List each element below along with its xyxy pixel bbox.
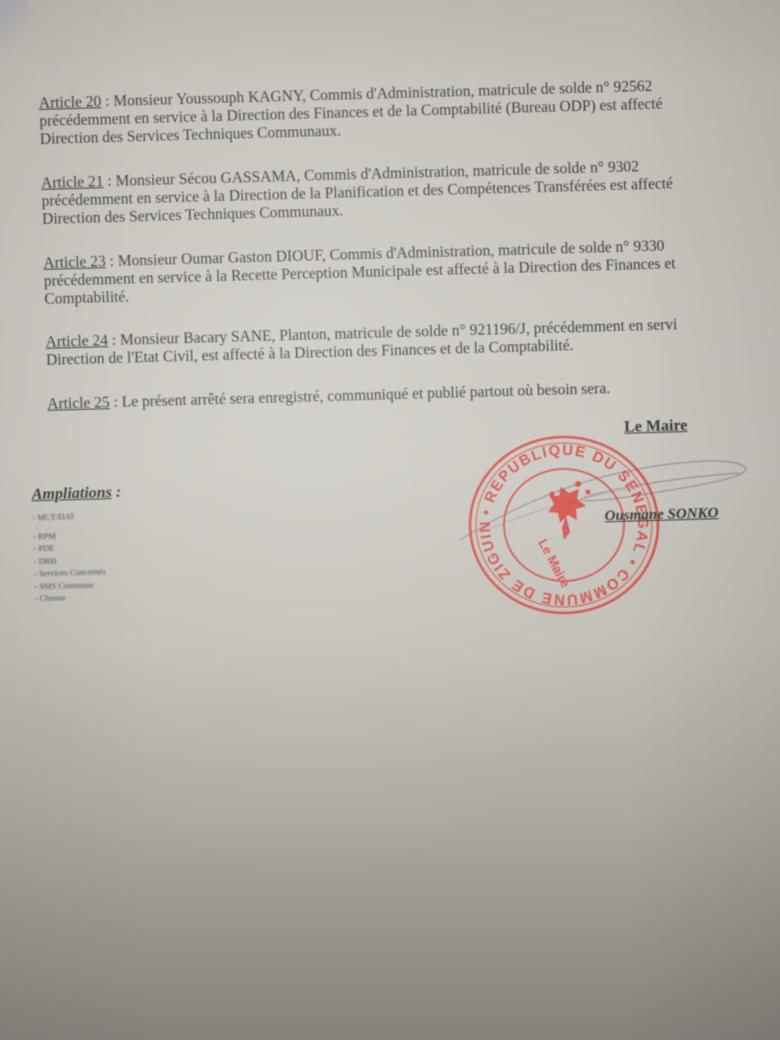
ampliations-list: - MCT/DAT - RPM - PDE - DRH - Services C… bbox=[32, 509, 106, 604]
stamp-center-text: Le Maire bbox=[535, 536, 573, 590]
article-label: Article 20 bbox=[39, 93, 102, 112]
article-24: Article 24 : Monsieur Bacary SANE, Plant… bbox=[45, 316, 678, 370]
article-label: Article 25 bbox=[47, 394, 110, 413]
article-21: Article 21 : Monsieur Sécou GASSAMA, Com… bbox=[41, 157, 674, 229]
official-stamp: • REPUBLIQUE DU SENEGAL • COMMUNE DE ZIG… bbox=[466, 432, 662, 618]
list-item: - Services Concernés bbox=[34, 565, 106, 579]
article-label: Article 23 bbox=[43, 253, 106, 272]
article-25: Article 25 : Le présent arrêté sera enre… bbox=[47, 380, 610, 414]
stamp-emblem-icon bbox=[548, 481, 591, 540]
article-label: Article 24 bbox=[45, 332, 108, 351]
article-label: Article 21 bbox=[41, 173, 104, 192]
ampliations-title: Ampliations : bbox=[32, 484, 122, 504]
list-item: - Chrono bbox=[35, 590, 107, 604]
article-23: Article 23 : Monsieur Oumar Gaston DIOUF… bbox=[43, 237, 676, 309]
ampliations-colon: : bbox=[112, 484, 122, 501]
ampliations-label: Ampliations bbox=[32, 484, 112, 503]
article-text: : Le présent arrêté sera enregistré, com… bbox=[109, 380, 610, 411]
article-20: Article 20 : Monsieur Youssouph KAGNY, C… bbox=[39, 78, 664, 149]
